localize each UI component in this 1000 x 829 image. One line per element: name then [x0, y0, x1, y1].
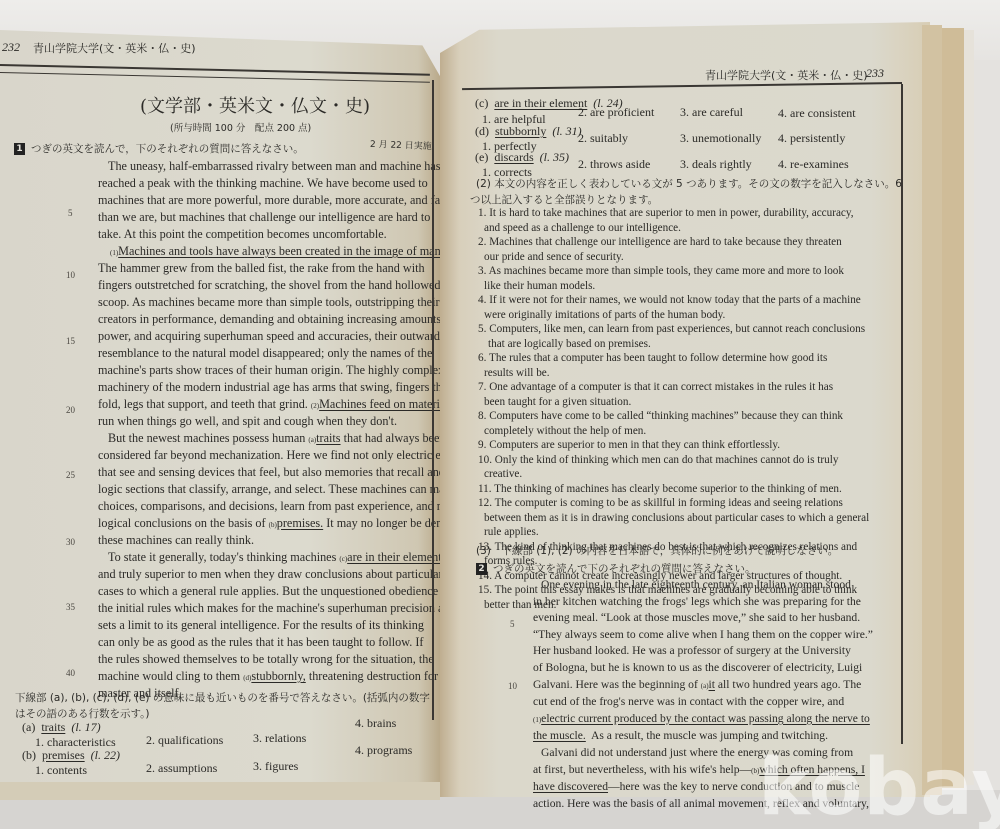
line-number: 40 — [66, 668, 75, 678]
option: 2. are proficient — [578, 105, 654, 120]
passage-line: that see and sensing devices that feel, … — [98, 464, 445, 482]
passage-line: machinery of the modern industrial age h… — [98, 379, 451, 397]
passage-line: sets a limit to its general intelligence… — [98, 617, 424, 635]
question2-instruction: 2つぎの英文を読んで下のそれぞれの質問に答えなさい。 — [476, 560, 756, 579]
sub1-item-a: (a) traits (l. 17) — [22, 720, 101, 735]
option: 1. contents — [35, 763, 87, 778]
sub1-item-e: (e) discards (l. 35) — [475, 150, 569, 165]
passage-line-it: Galvani. Here was the beginning of (a)it… — [533, 677, 873, 695]
statement: 9. Computers are superior to men in that… — [478, 438, 903, 453]
option: 4. brains — [355, 716, 396, 731]
passage-line: resemblance to the natural model disappe… — [98, 345, 432, 363]
line-number: 35 — [66, 602, 75, 612]
option: 2. assumptions — [146, 761, 217, 776]
passage-line: evening meal. “Look at those muscles mov… — [533, 610, 873, 627]
option: 4. re-examines — [778, 157, 849, 172]
option: 2. qualifications — [146, 733, 223, 748]
passage-line: of Bologna, but he is known to us as the… — [533, 660, 873, 677]
sub2-instruction-line1: (2) 本文の内容を正しく表わしている文が 5 つあります。その文の数字を記入し… — [476, 176, 902, 194]
passage-line: creators in performance, demanding and o… — [98, 311, 454, 329]
passage-line: “They always seem to come alive when I h… — [533, 627, 873, 644]
frame-right-rule — [432, 80, 434, 720]
option: 2. suitably — [578, 131, 628, 146]
exam-info: (所与時間 100 分 配点 200 点) — [170, 120, 311, 134]
passage-line: cut end of the frog's nerve was in conta… — [533, 694, 873, 711]
passage-line: considered far beyond mechanization. Her… — [98, 447, 457, 465]
page-edge — [942, 28, 964, 788]
line-number: 15 — [66, 336, 75, 346]
passage-line: these machines can really think. — [98, 532, 254, 550]
passage-line: scoop. As machines became more than simp… — [98, 294, 440, 312]
question1-instruction: 1つぎの英文を読んで，下のそれぞれの質問に答えなさい。 — [14, 140, 304, 159]
line-number: 25 — [66, 470, 75, 480]
section-title: (文学部・英米文・仏文・史) — [140, 92, 370, 118]
statement: 2. Machines that challenge our intellige… — [478, 235, 903, 264]
passage-line: machine's parts show traces of their hum… — [98, 362, 444, 380]
statement: 6. The rules that a computer has been ta… — [478, 351, 903, 380]
option: 4. are consistent — [778, 106, 856, 121]
statement: 12. The computer is coming to be as skil… — [478, 496, 903, 540]
exam-date: 2 月 22 日実施 — [370, 137, 432, 152]
option: 3. are careful — [680, 105, 743, 120]
book-cover-edge — [964, 30, 974, 785]
passage-line: cases to which a general rule applies. B… — [98, 583, 451, 601]
right-running-header: 青山学院大学(文・英米・仏・史) — [705, 67, 868, 83]
question-number-badge: 1 — [14, 143, 25, 155]
left-page-number: 232 — [2, 40, 20, 55]
right-page-number: 233 — [866, 66, 884, 81]
option: 4. persistently — [778, 131, 845, 146]
passage-line: the rules showed themselves to be totall… — [98, 651, 434, 669]
line-number: 20 — [66, 405, 75, 415]
option: 4. programs — [355, 743, 412, 758]
line-number: 30 — [66, 537, 75, 547]
page-edge — [922, 25, 942, 795]
passage-line: and truly superior to men when they draw… — [98, 566, 443, 584]
line-number: 5 — [510, 619, 515, 629]
line-number: 10 — [66, 270, 75, 280]
statement: 8. Computers have come to be called “thi… — [478, 409, 903, 438]
passage-line-underlined-1: (1)electric current produced by the cont… — [533, 711, 873, 729]
sub1-item-d: (d) stubbornly (l. 31) — [475, 124, 582, 139]
passage-line: can only be as good as the rules that it… — [98, 634, 423, 652]
passage-line: take. At this point the competition beco… — [98, 226, 387, 244]
sub1-item-b: (b) premises (l. 22) — [22, 748, 120, 763]
question-number-badge: 2 — [476, 563, 487, 575]
passage-line: Her husband looked. He was a professor o… — [533, 643, 873, 660]
option: 3. relations — [253, 731, 306, 746]
passage-line: fingers outstretched for scratching, the… — [98, 277, 453, 295]
passage-line: logic sections that classify, arrange, a… — [98, 481, 456, 499]
statement: 3. As machines became more than simple t… — [478, 264, 903, 293]
watermark-logo: kobay — [758, 748, 1000, 828]
statement: 11. The thinking of machines has clearly… — [478, 482, 903, 497]
passage-line: The uneasy, half-embarrassed rivalry bet… — [108, 158, 441, 176]
sub3-instruction: (3) 下線部 (1), (2) の内容を日本語で，具体的に例をあげて説明しなさ… — [476, 543, 838, 561]
statement: 7. One advantage of a computer is that i… — [478, 380, 903, 409]
passage-line: power, and acquiring superhuman speed an… — [98, 328, 440, 346]
statement: 1. It is hard to take machines that are … — [478, 206, 903, 235]
passage-line: in her kitchen watching the frogs' legs … — [533, 594, 873, 611]
passage-line: The hammer grew from the balled fist, th… — [98, 260, 425, 278]
passage-line: One evening in the late eighteenth centu… — [533, 577, 873, 594]
option: 3. unemotionally — [680, 131, 761, 146]
passage-line: run when things go well, and spit and co… — [98, 413, 397, 431]
statement: 4. If it were not for their names, we wo… — [478, 293, 903, 322]
passage-line: the initial rules which makes for the ma… — [98, 600, 458, 618]
statement: 5. Computers, like men, can learn from p… — [478, 322, 903, 351]
line-number: 5 — [68, 208, 73, 218]
left-running-header: 青山学院大学(文・英米・仏・史) — [33, 40, 196, 56]
option: 2. throws aside — [578, 157, 650, 172]
option: 3. figures — [253, 759, 298, 774]
statement: 10. Only the kind of thinking which men … — [478, 453, 903, 482]
passage-line: machines that are more powerful, more du… — [98, 192, 458, 210]
left-page-bottom-edge — [0, 782, 440, 800]
passage-line: reached a peak with the thinking machine… — [98, 175, 428, 193]
passage-line: than we are, but machines that challenge… — [98, 209, 430, 227]
sub1-instruction-line1: 下線部 (a), (b), (c), (d), (e) の意味に最も近いものを番… — [15, 690, 430, 708]
passage-line: choices, comparisons, and decisions, lea… — [98, 498, 463, 516]
line-number: 10 — [508, 681, 517, 691]
option: 3. deals rightly — [680, 157, 752, 172]
